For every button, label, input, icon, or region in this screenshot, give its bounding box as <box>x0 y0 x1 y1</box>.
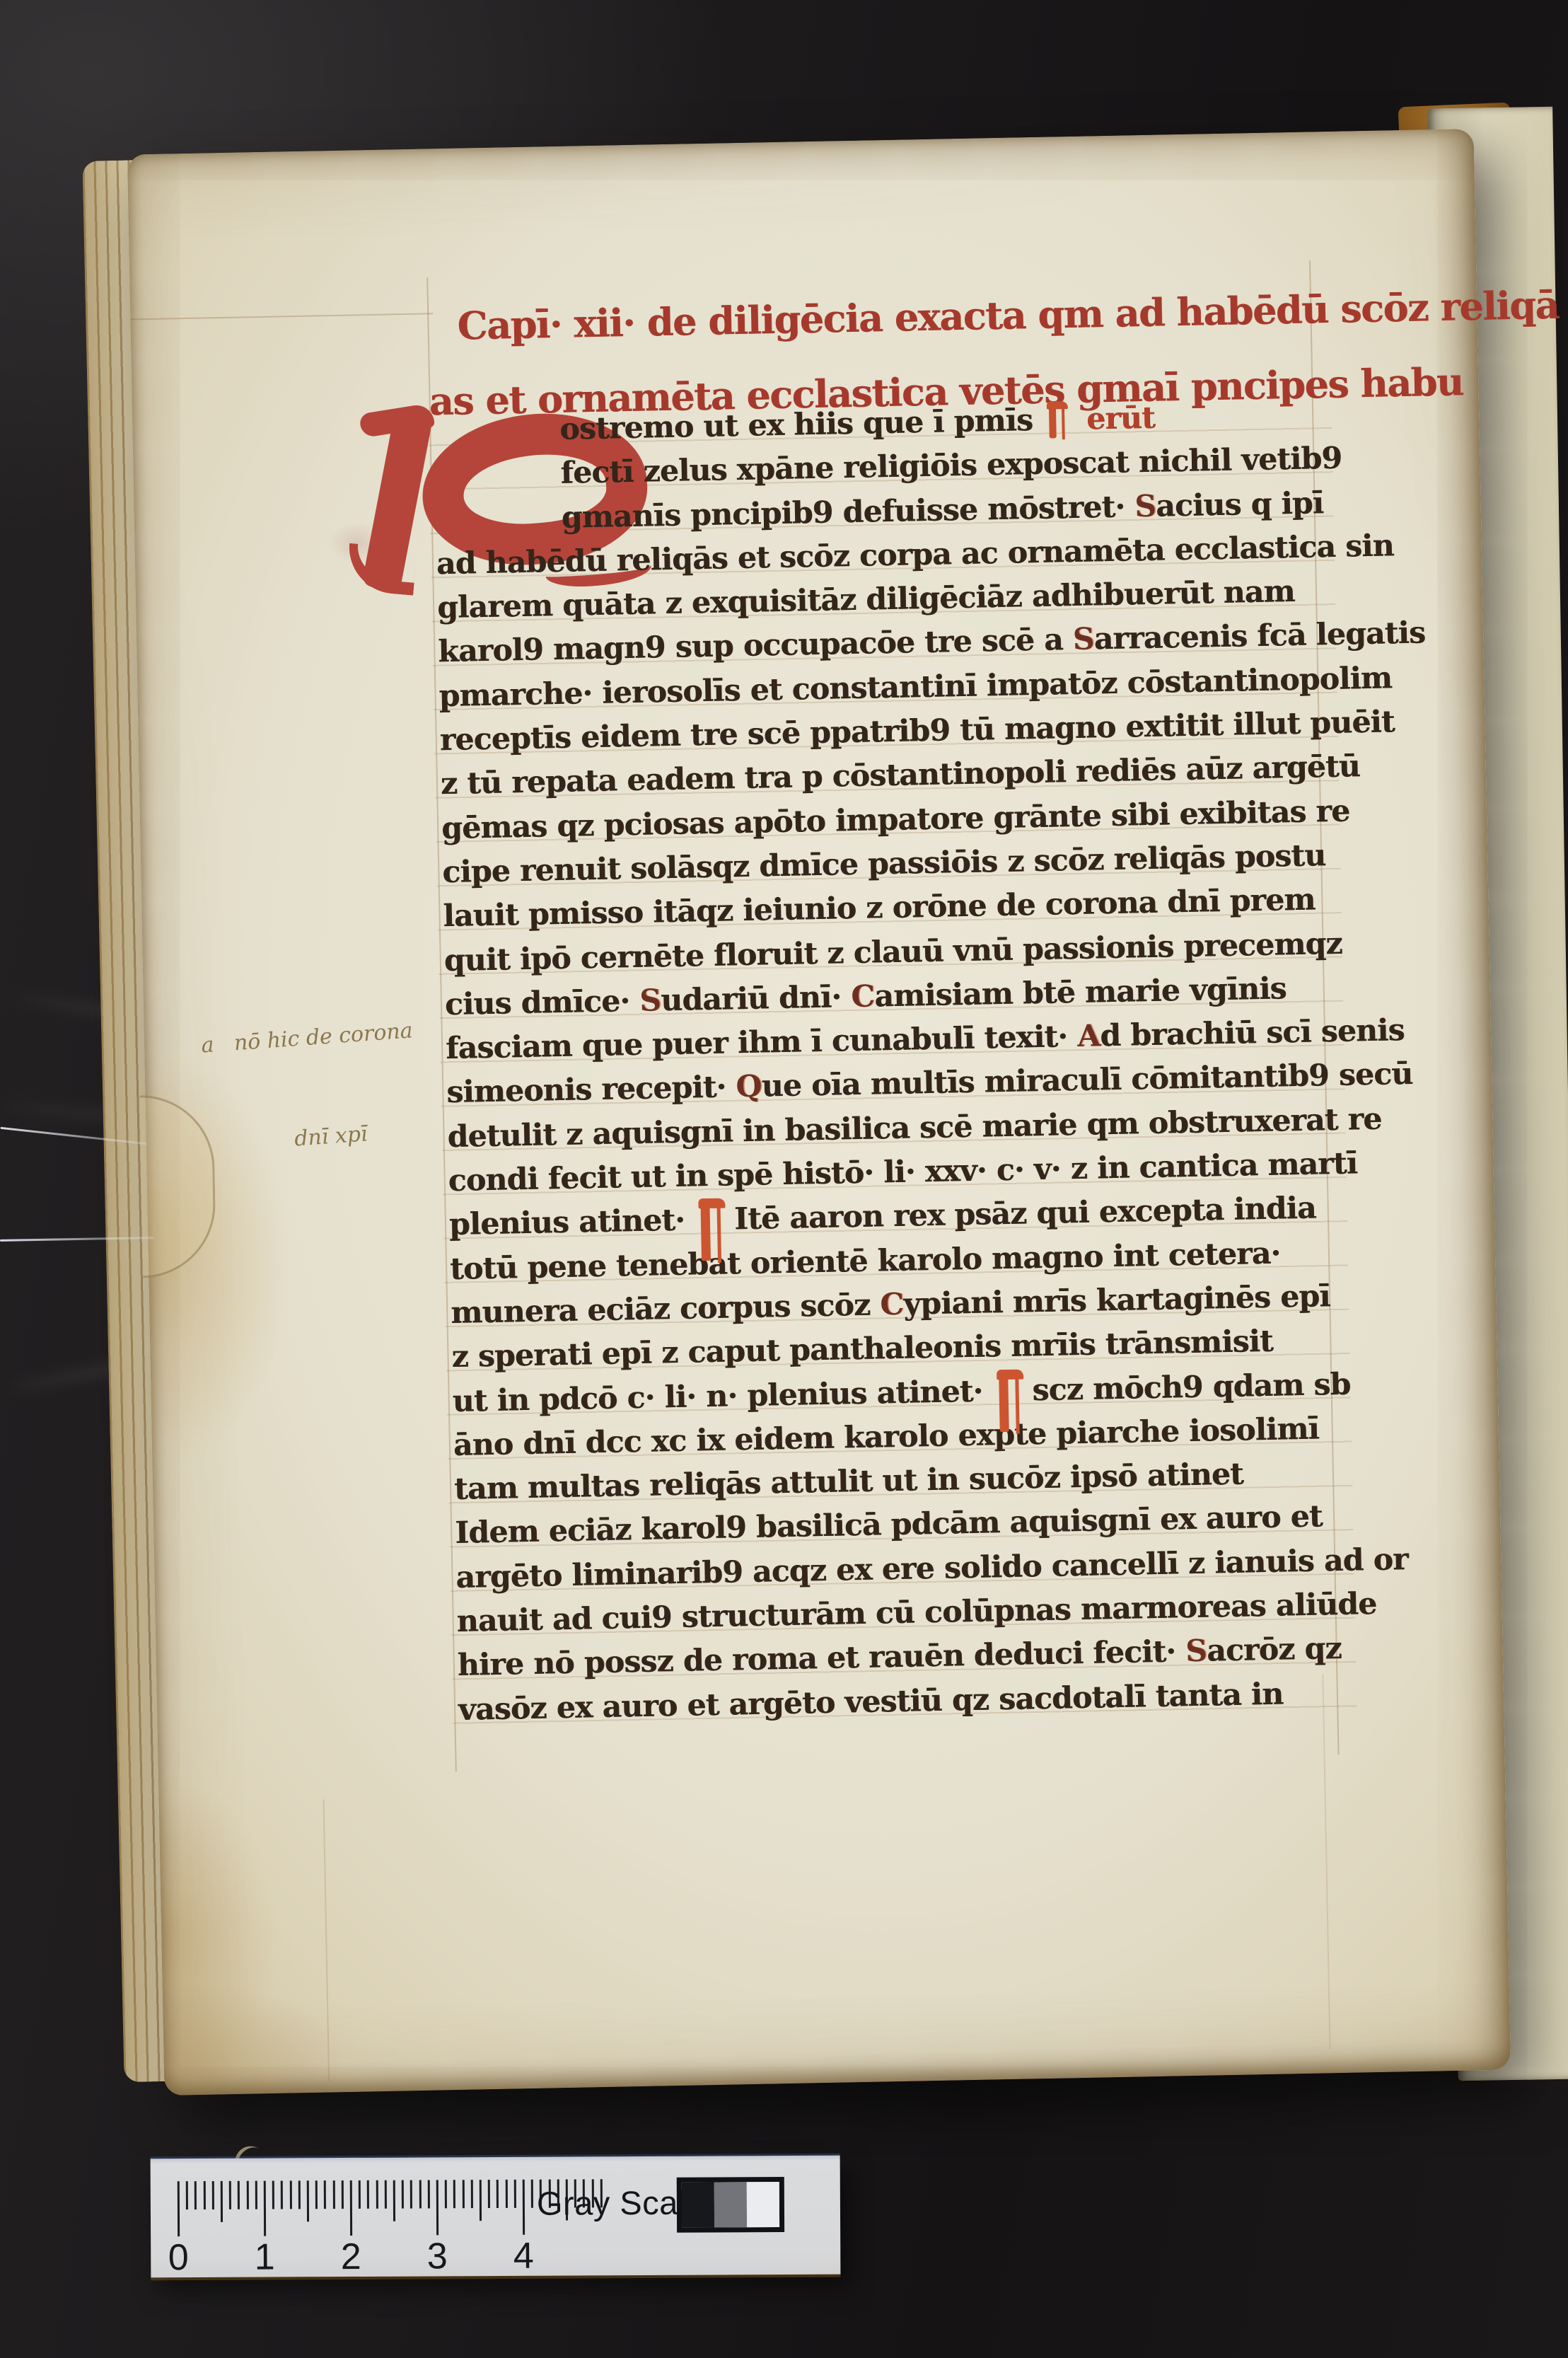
ruler-tick <box>402 2180 404 2209</box>
manuscript-page: Capī· xii· de diligēcia exacta qm ad hab… <box>127 129 1511 2096</box>
calibration-ruler-strip: 01234 Gray Scale <box>151 2156 841 2278</box>
ruler-tick <box>436 2180 439 2235</box>
text-segment: amisiam btē marie vgīnis <box>874 971 1287 1014</box>
ruler-tick <box>367 2180 369 2209</box>
ruler-tick <box>514 2180 516 2208</box>
text-segment: C <box>880 1287 904 1323</box>
ruler-number: 2 <box>341 2236 361 2278</box>
ruler-tick <box>453 2180 455 2208</box>
ruler-tick <box>385 2180 387 2209</box>
ruler-tick <box>523 2180 525 2235</box>
ruler-tick <box>203 2181 205 2209</box>
marginal-note-line: dnī xpī <box>294 1114 422 1156</box>
ruler-tick <box>428 2180 430 2208</box>
text-segment: S <box>639 983 661 1019</box>
ruler-tick <box>376 2180 378 2209</box>
ruler-tick <box>212 2181 214 2209</box>
ruler-tick <box>307 2180 309 2221</box>
ruler-tick <box>480 2180 482 2221</box>
ruler-tick <box>272 2181 274 2209</box>
text-segment: udariū dnī· <box>661 979 852 1018</box>
ruler-tick <box>238 2181 240 2209</box>
text-segment: munera eciāz corpus scōz <box>451 1287 881 1331</box>
text-segment: S <box>1134 488 1156 524</box>
text-segment: S <box>1072 622 1094 658</box>
ruler-tick <box>350 2180 352 2236</box>
text-segment: ue oīa multīs miraculī cōmitantib9 secū <box>761 1056 1413 1104</box>
pilcrow-mark <box>1047 401 1072 439</box>
ruler-tick <box>410 2180 412 2209</box>
ruler-tick <box>298 2180 301 2209</box>
parchment-repair-patch <box>139 1094 216 1278</box>
text-segment: acrōz qz <box>1207 1631 1342 1669</box>
text-segment: C <box>851 978 875 1015</box>
text-segment: karol9 magn9 sup occupacōe tre scē a <box>438 622 1073 669</box>
gray-swatch <box>747 2182 779 2227</box>
ruler-number: 1 <box>255 2236 275 2279</box>
ruler-tick <box>281 2180 283 2209</box>
ruler-tick <box>496 2180 499 2208</box>
marginal-note-line: a nō hic de corona <box>200 1014 414 1062</box>
text-segment: ostremo ut ex hiis que ī pmīs <box>559 403 1043 447</box>
ruler-tick <box>471 2180 473 2208</box>
ruler-tick <box>255 2181 257 2209</box>
initial-p-flourish <box>346 543 417 596</box>
pilcrow-mark <box>997 1369 1028 1432</box>
ruler-tick <box>445 2180 447 2208</box>
ruler-tick <box>315 2180 318 2209</box>
marginal-note: a nō hic de corona dnī xpī <box>195 948 426 1228</box>
ruler-tick <box>178 2181 180 2236</box>
gray-swatch <box>682 2182 714 2227</box>
text-segment: gmanīs pncipib9 defuisse mōstret· <box>561 489 1134 536</box>
ruler-tick <box>264 2181 266 2236</box>
ruler-number: 3 <box>427 2235 448 2277</box>
gray-scale-swatches <box>677 2177 784 2233</box>
crease-bottom-right <box>1322 1674 1330 2049</box>
photo-backdrop: Capī· xii· de diligēcia exacta qm ad hab… <box>0 0 1568 2358</box>
ruler-tick <box>505 2180 507 2208</box>
ruler-tick <box>488 2180 490 2208</box>
text-segment: ut in pdcō c· li· n· plenius atinet· <box>452 1373 993 1419</box>
ruler-tick <box>462 2180 464 2208</box>
text-segment: simeonis recepit· <box>446 1070 736 1111</box>
crease-bottom-margin <box>323 1800 330 2081</box>
ruler-tick <box>332 2180 335 2209</box>
text-segment: S <box>1185 1634 1207 1670</box>
ruler-tick <box>342 2180 344 2209</box>
gray-swatch <box>714 2182 747 2227</box>
pilcrow-mark <box>699 1198 730 1261</box>
ruler-tick <box>419 2180 421 2209</box>
ruler-tick <box>289 2180 291 2209</box>
text-segment: erūt <box>1076 400 1156 437</box>
text-segment: ypiani mrīs kartaginēs epī <box>903 1278 1330 1322</box>
ruler-tick <box>194 2181 197 2209</box>
ruler-number: 0 <box>168 2236 189 2279</box>
ruler-tick <box>393 2180 395 2221</box>
text-segment: acius q ipī <box>1156 485 1324 524</box>
ruling-top-line <box>130 313 433 320</box>
ruler-tick <box>324 2180 326 2209</box>
text-segment: d brachiū scī senis <box>1100 1012 1405 1053</box>
text-segment: cius dmīce· <box>445 983 640 1022</box>
text-segment: plenius atinet· <box>448 1203 695 1243</box>
ruler-tick <box>531 2180 533 2208</box>
text-segment: fasciam que puer ihm ī cunabulī texit· <box>446 1019 1078 1066</box>
ruler-tick <box>359 2180 361 2209</box>
ruler-tick <box>186 2181 188 2209</box>
text-block: ostremo ut ex hiis que ī pmīs erūtfectī … <box>434 393 1363 1733</box>
text-segment: arracenis fcā legatis <box>1093 615 1425 657</box>
text-segment: Itē aaron rex psāz qui excepta india <box>734 1191 1317 1237</box>
ruler-tick <box>229 2181 231 2209</box>
ruler-tick <box>246 2181 248 2209</box>
ruler-number: 4 <box>513 2235 534 2277</box>
text-segment: scz mōch9 qdam sb <box>1032 1366 1351 1408</box>
text-segment: Q <box>736 1069 762 1105</box>
ruler-tick <box>221 2181 223 2222</box>
text-segment: A <box>1077 1019 1100 1055</box>
